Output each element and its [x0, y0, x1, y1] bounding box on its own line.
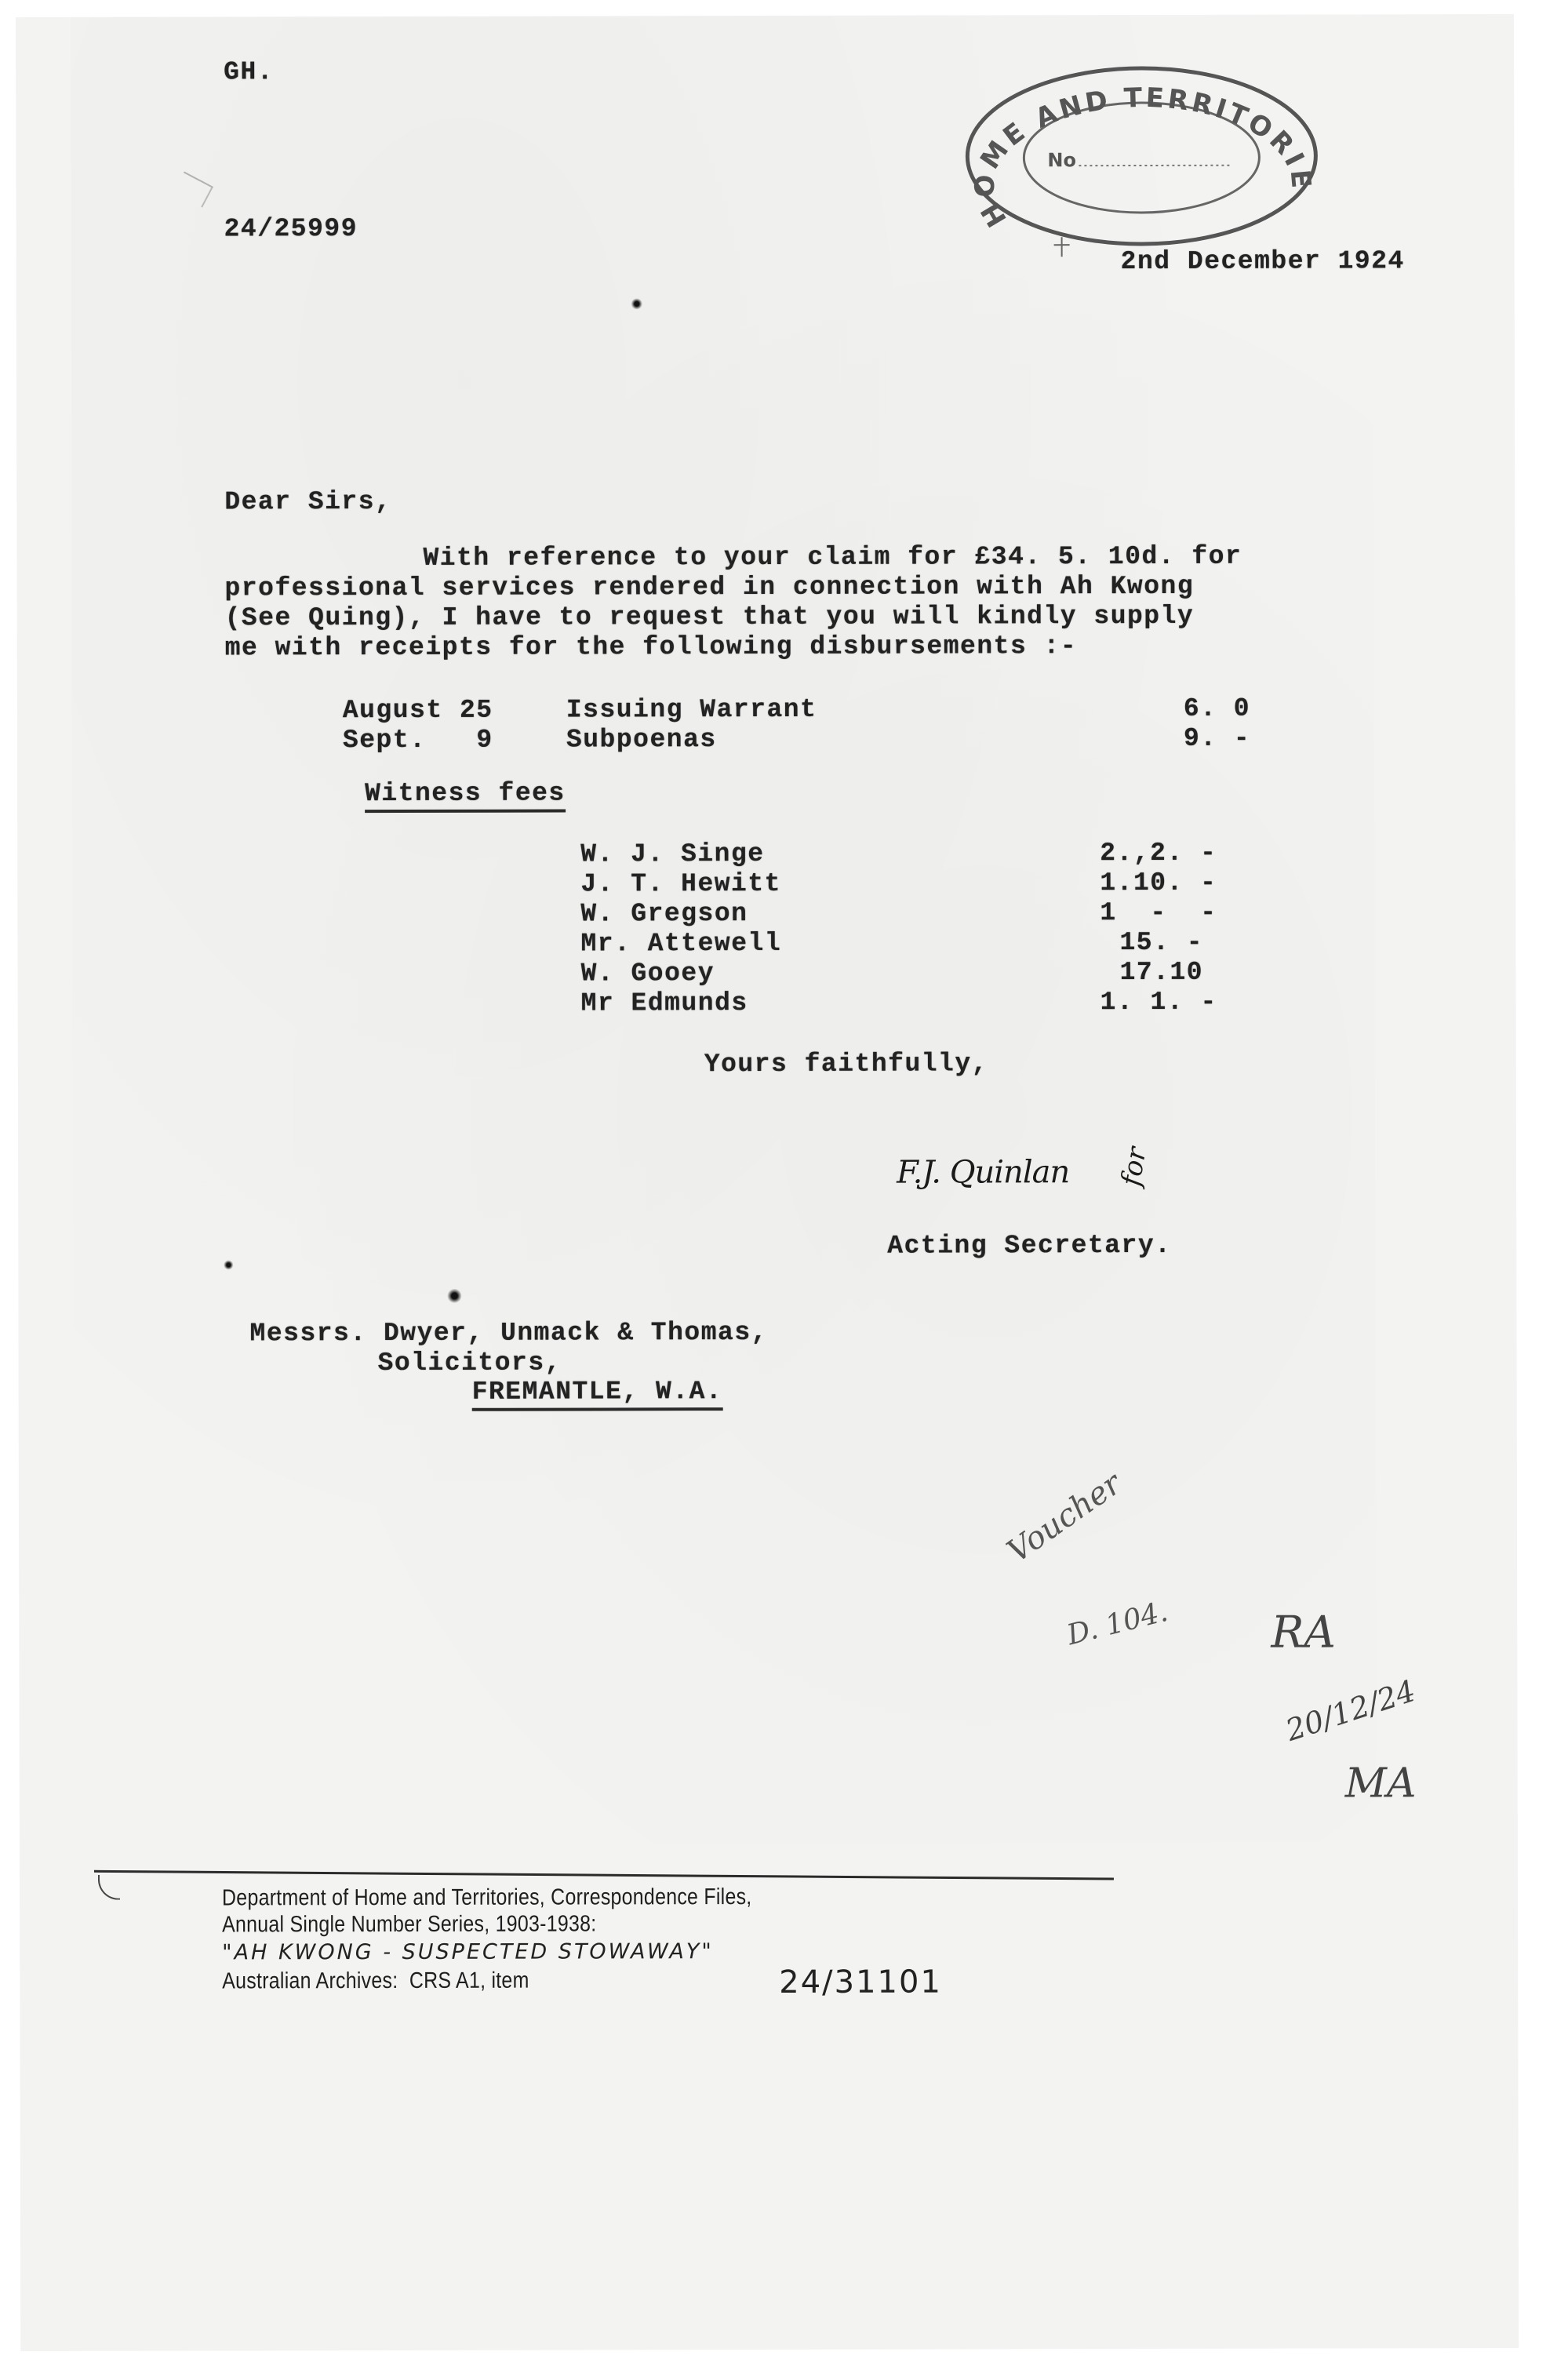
archive-label-line-1: Department of Home and Territories, Corr…: [222, 1884, 752, 1911]
disbursement-amount: 6. 0: [1184, 694, 1250, 723]
initials-annotation-2: MA: [1345, 1760, 1417, 1807]
signature-suffix: for: [1115, 1145, 1153, 1188]
scanned-letter-page: GH. 24/25999 HOME AND TERRITORIES DEPART…: [16, 14, 1519, 2351]
witness-amount: 1. 1. -: [1101, 988, 1217, 1017]
signature: F.J. Quinlan: [897, 1154, 1069, 1190]
svg-text:HOME AND TERRITORIES DEPARTMEN: HOME AND TERRITORIES DEPARTMENT: [961, 62, 1317, 233]
archive-item-number-handwritten: 24/31101: [779, 1964, 942, 2000]
witness-amount: 1.10. -: [1100, 868, 1217, 897]
letter-date: 2nd December 1924: [1121, 246, 1405, 276]
witness-name: W. Gooey: [581, 959, 715, 988]
file-reference-number: 24/25999: [224, 214, 358, 243]
archive-label-line-2: Annual Single Number Series, 1903-1938:: [222, 1911, 596, 1938]
body-line-1: With reference to your claim for £34. 5.…: [423, 542, 1242, 573]
disbursement-date: Sept. 9: [343, 726, 493, 755]
witness-name: Mr Edmunds: [581, 988, 748, 1018]
disbursement-date: August 25: [343, 696, 493, 725]
stamp-oval-icon: HOME AND TERRITORIES DEPARTMENT No: [961, 62, 1322, 263]
archive-label-title-handwritten: "AH KWONG - SUSPECTED STOWAWAY": [222, 1939, 714, 1964]
ink-spot: [631, 298, 642, 309]
file-initials: GH.: [224, 57, 274, 86]
signatory-title: Acting Secretary.: [887, 1231, 1171, 1261]
disbursement-item: Subpoenas: [566, 725, 717, 754]
label-corner-mark-icon: [98, 1875, 120, 1900]
witness-amount: 15. -: [1119, 928, 1203, 957]
witness-name: Mr. Attewell: [580, 929, 781, 959]
ink-spot: [224, 1260, 233, 1269]
witness-amount: 1 - -: [1100, 898, 1217, 927]
body-line-3: (See Quing), I have to request that you …: [225, 602, 1195, 633]
salutation: Dear Sirs,: [224, 487, 391, 516]
svg-text:No: No: [1047, 149, 1076, 171]
body-line-2: professional services rendered in connec…: [224, 572, 1194, 603]
disbursement-item: Issuing Warrant: [566, 695, 817, 725]
addressee-line-2: Solicitors,: [378, 1349, 562, 1378]
closing: Yours faithfully,: [704, 1049, 988, 1079]
archive-label-line-4: Australian Archives: CRS A1, item: [222, 1968, 529, 1995]
witness-fees-heading: Witness fees: [365, 779, 566, 814]
body-line-4: me with receipts for the following disbu…: [225, 632, 1078, 662]
witness-name: J. T. Hewitt: [580, 869, 781, 899]
disbursement-amount: 9. -: [1184, 724, 1250, 753]
addressee-line-3: FREMANTLE, W.A.: [472, 1377, 723, 1411]
witness-amount: 2.,2. -: [1100, 839, 1217, 868]
witness-name: W. J. Singe: [580, 839, 764, 868]
initials-annotation-1: RA: [1271, 1607, 1336, 1658]
department-stamp: HOME AND TERRITORIES DEPARTMENT No: [961, 62, 1322, 263]
ink-spot: [447, 1289, 461, 1303]
witness-name: W. Gregson: [580, 899, 748, 928]
addressee-line-1: Messrs. Dwyer, Unmack & Thomas,: [249, 1318, 767, 1348]
witness-amount: 17.10: [1120, 958, 1204, 987]
label-divider: [94, 1870, 1114, 1885]
